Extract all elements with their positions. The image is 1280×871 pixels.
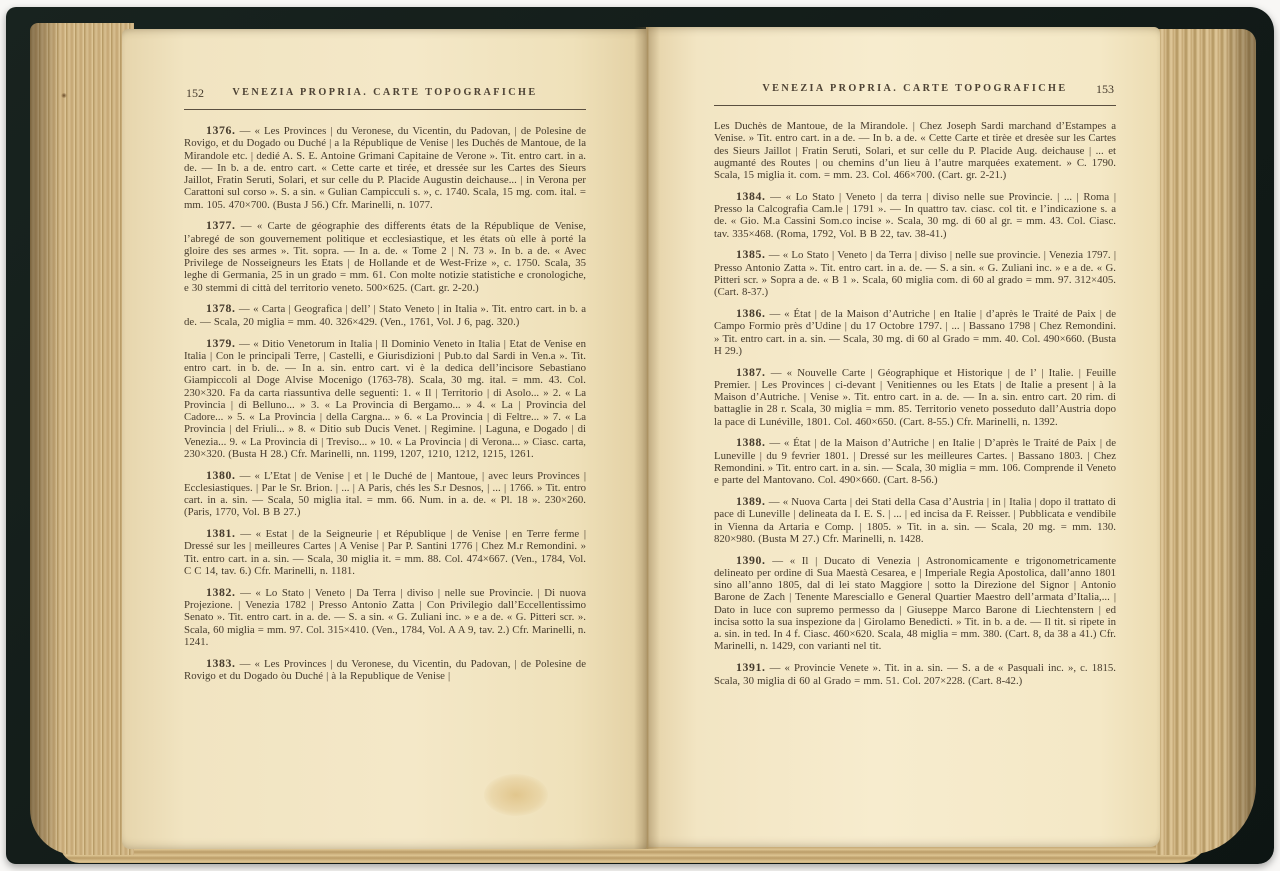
paper-stain (484, 774, 548, 816)
right-page-text-column: VENEZIA PROPRIA. CARTE TOPOGRAFICHE 153 … (714, 83, 1116, 695)
catalog-entry: 1378. — « Carta | Geografica | dell’ | S… (184, 302, 586, 328)
catalog-entry: 1376. — « Les Provinces | du Veronese, d… (184, 124, 586, 211)
entry-number: 1385. (736, 247, 766, 261)
entry-number: 1387. (736, 365, 766, 379)
right-page: VENEZIA PROPRIA. CARTE TOPOGRAFICHE 153 … (646, 27, 1160, 847)
header-rule (184, 109, 586, 110)
catalog-entry: 1377. — « Carte de géographie des differ… (184, 219, 586, 294)
entry-number: 1383. (206, 656, 236, 670)
catalog-entry: 1390. — « Il | Ducato di Venezia | Astro… (714, 554, 1116, 653)
entry-number: 1381. (206, 526, 236, 540)
page-edges-right (1156, 29, 1256, 855)
catalog-entry: 1386. — « État | de la Maison d’Autriche… (714, 307, 1116, 357)
catalog-entry: 1384. — « Lo Stato | Veneto | da terra |… (714, 190, 1116, 240)
catalog-entry: 1382. — « Lo Stato | Veneto | Da Terra |… (184, 586, 586, 648)
book-cover: 152 VENEZIA PROPRIA. CARTE TOPOGRAFICHE … (6, 7, 1274, 864)
entry-number: 1377. (206, 218, 236, 232)
entry-number: 1384. (736, 189, 766, 203)
page-number: 153 (1096, 82, 1114, 97)
catalog-entry: 1389. — « Nuova Carta | dei Stati della … (714, 495, 1116, 545)
entry-number: 1390. (736, 553, 766, 567)
catalog-entry: 1381. — « Estat | de la Seigneurie | et … (184, 527, 586, 577)
catalog-entry: 1383. — « Les Provinces | du Veronese, d… (184, 657, 586, 683)
catalog-entry: 1391. — « Provincie Venete ». Tit. in a.… (714, 661, 1116, 687)
entry-number: 1388. (736, 435, 766, 449)
entry-number: 1380. (206, 468, 236, 482)
header-rule (714, 105, 1116, 106)
photo-of-open-book: { "colors": { "cover": "#15201d", "paper… (0, 0, 1280, 871)
catalog-entry: 1388. — « État | de la Maison d’Autriche… (714, 436, 1116, 486)
left-page-entries: 1376. — « Les Provinces | du Veronese, d… (184, 124, 586, 682)
catalog-entry: 1387. — « Nouvelle Carte | Géographique … (714, 366, 1116, 428)
paper-speck (61, 93, 67, 98)
entry-number: 1379. (206, 336, 236, 350)
entry-number: 1389. (736, 494, 766, 508)
catalog-entry: 1379. — « Ditio Venetorum in Italia | Il… (184, 337, 586, 461)
entry-number: 1376. (206, 123, 236, 137)
running-head: VENEZIA PROPRIA. CARTE TOPOGRAFICHE (714, 83, 1116, 94)
entry-number: 1391. (736, 660, 766, 674)
catalog-entry-continuation: Les Duchès de Mantoue, de la Mirandole. … (714, 120, 1116, 181)
entry-number: 1378. (206, 301, 236, 315)
catalog-entry: 1385. — « Lo Stato | Veneto | da Terra |… (714, 248, 1116, 298)
entry-number: 1386. (736, 306, 766, 320)
right-page-header: VENEZIA PROPRIA. CARTE TOPOGRAFICHE 153 (714, 83, 1116, 100)
catalog-entry: 1380. — « L’Etat | de Venise | et | le D… (184, 469, 586, 519)
left-page: 152 VENEZIA PROPRIA. CARTE TOPOGRAFICHE … (122, 29, 646, 849)
left-page-text-column: 152 VENEZIA PROPRIA. CARTE TOPOGRAFICHE … (184, 87, 586, 691)
left-page-header: 152 VENEZIA PROPRIA. CARTE TOPOGRAFICHE (184, 87, 586, 104)
page-edges-left (30, 23, 134, 855)
entry-number: 1382. (206, 585, 236, 599)
right-page-entries: Les Duchès de Mantoue, de la Mirandole. … (714, 120, 1116, 687)
book-gutter (634, 27, 660, 849)
running-head: VENEZIA PROPRIA. CARTE TOPOGRAFICHE (184, 87, 586, 98)
